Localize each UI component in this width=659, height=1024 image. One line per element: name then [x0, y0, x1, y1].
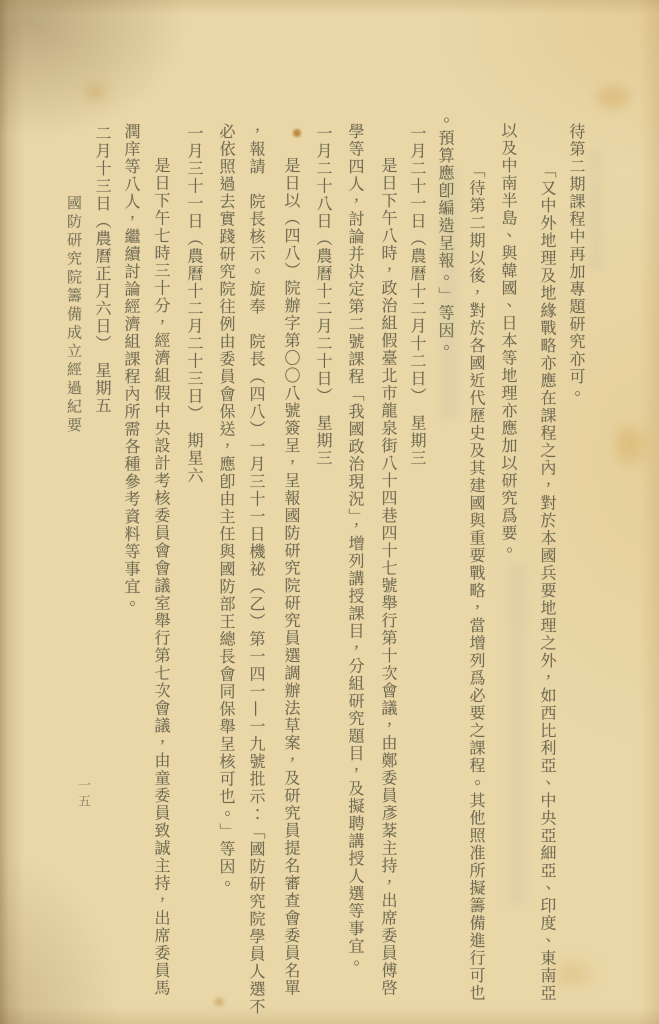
- text-column-8-body: 學等四人，討論并決定第二號課程「我國政治現況」，增列講授課目，分組研究題目，及擬…: [342, 123, 369, 973]
- text-column-1-body-continued: 待第二期課程中再加專題研究亦可。: [563, 123, 590, 403]
- foxing-spot: [84, 84, 106, 100]
- foxing-spot: [293, 129, 301, 137]
- running-title: 國防研究院籌備成立經過紀要: [63, 195, 84, 436]
- foxing-spot: [615, 425, 645, 465]
- text-column-9-date-heading-jan-28: 一月二十八日（農曆十二月二十日） 星期三: [310, 125, 337, 467]
- text-column-14-body: 是日下午七時三十分，經濟組假中央設計考核委員會會議室舉行第七次會議，由童委員致誠…: [148, 157, 175, 997]
- text-column-3-body: 以及中南半島、與韓國、日本等地理亦應加以研究爲要。: [495, 122, 522, 560]
- text-column-16-date-heading-feb-13: 二月十三日（農曆正月六日） 星期五: [89, 125, 116, 415]
- text-column-10-body: 是日以（四八）院辦字第〇〇八號簽呈，呈報國防研究院研究員選調辦法草案，及研究員提…: [278, 157, 305, 997]
- scanned-page: 待第二期課程中再加專題研究亦可。 「又中外地理及地緣戰略亦應在課程之內，對於本國…: [0, 0, 659, 1024]
- text-column-4-quoted-directive: 「待第二期以後，對於各國近代歷史及其建國與重要戰略，當增列爲必要之課程。其他照准…: [463, 162, 490, 1002]
- text-column-11-body: ，報請 院長核示。旋奉 院長（四八）一月三十一日機祕（乙）第一四一—一九號批示：…: [243, 123, 270, 1016]
- text-column-7-body: 是日下午八時，政治組假臺北市龍泉街八十四巷四十七號舉行第十次會議，由鄭委員彥棻主…: [375, 157, 402, 997]
- ink-showthrough: [508, 565, 526, 905]
- foxing-spot: [596, 86, 630, 108]
- text-column-5-body: 。預算應卽編造呈報。」等因。: [432, 112, 459, 357]
- text-column-12-body: 必依照過去實踐研究院往例由委員會保送，應卽由主任與國防部王總長會同保舉呈核可也。…: [213, 123, 240, 893]
- text-column-2-quoted-directive: 「又中外地理及地緣戰略亦應在課程之內，對於本國兵要地理之外，如西比利亞、中央亞細…: [534, 162, 561, 1002]
- page-number: 一五: [73, 778, 91, 810]
- text-column-15-body: 潤庠等八人，繼續討論經濟組課程內所需各種參考資料等事宜。: [118, 123, 145, 613]
- text-column-13-date-heading-jan-31: 一月三十一日（農曆十二月二十三日） 期星六: [181, 125, 208, 485]
- foxing-spot: [214, 998, 224, 1006]
- ink-showthrough: [588, 150, 602, 270]
- text-column-6-date-heading-jan-21: 一月二十一日（農曆十二月十二日） 星期三: [404, 125, 431, 467]
